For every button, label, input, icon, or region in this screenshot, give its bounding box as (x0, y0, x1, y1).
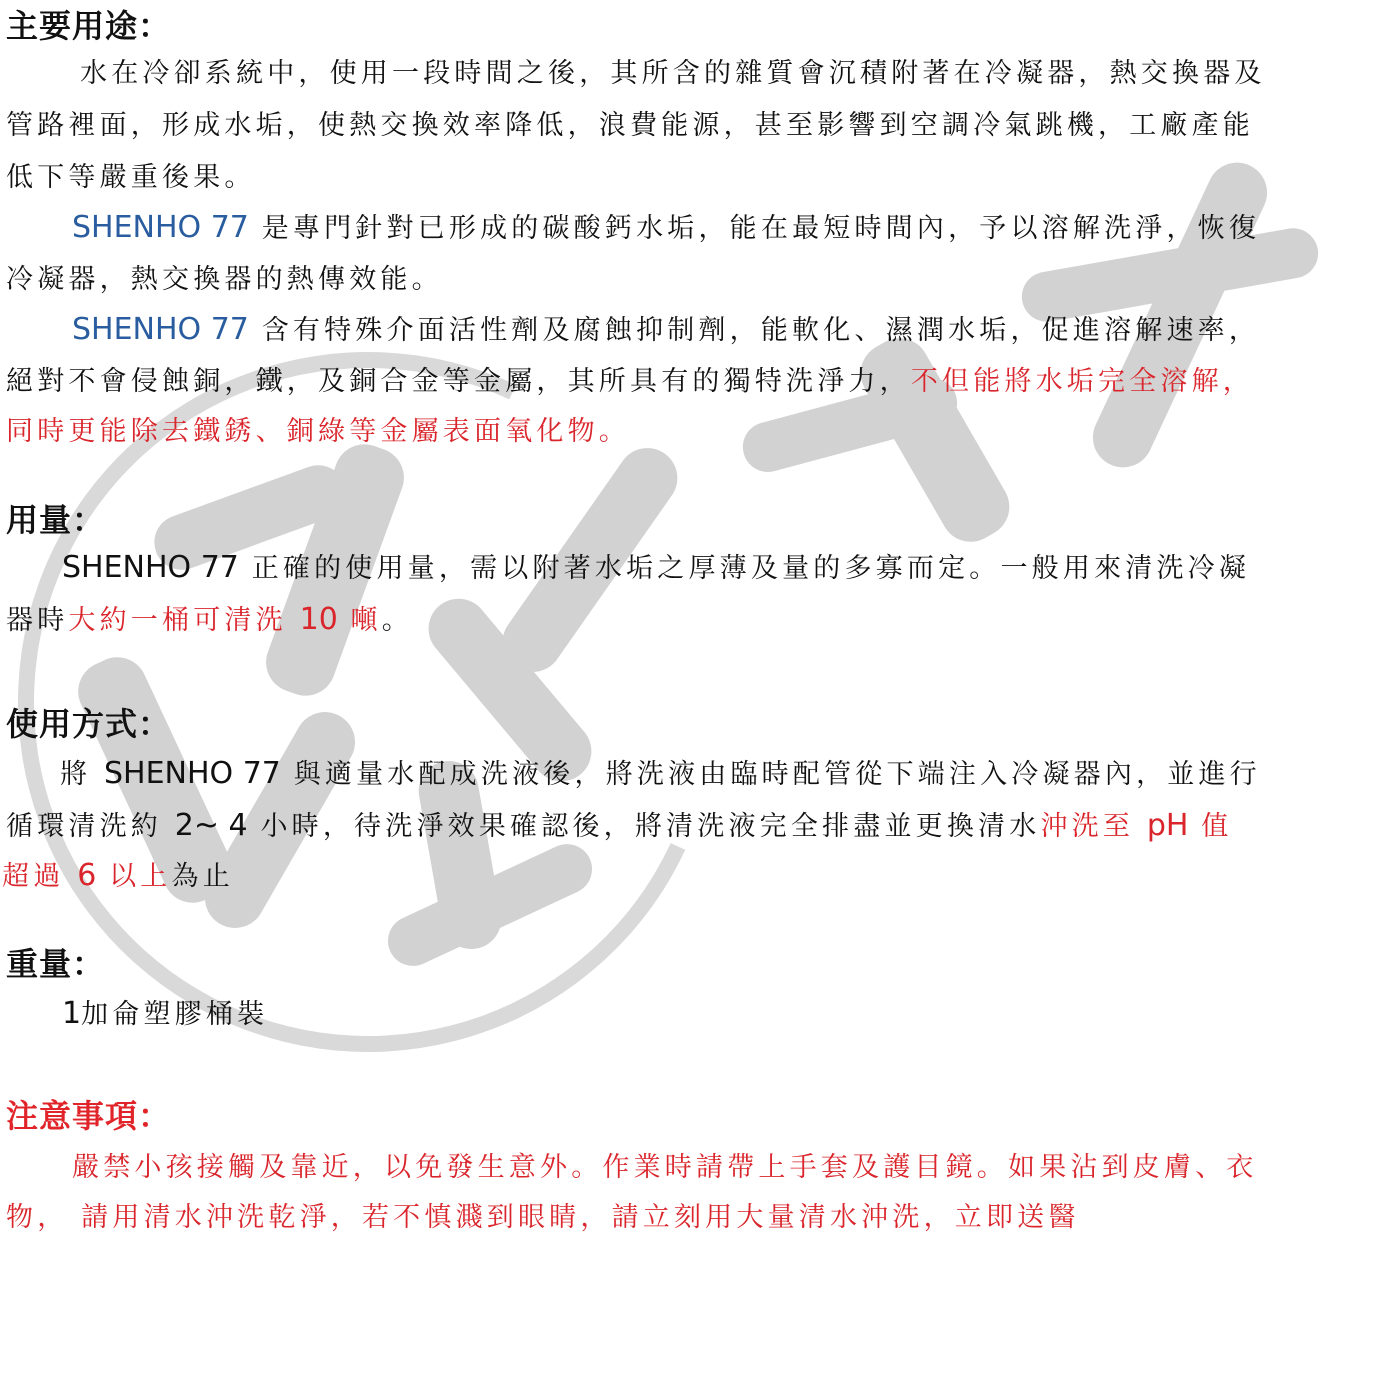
usage-hours: 2~ 4 (175, 808, 248, 843)
purpose-p1-line3: 低下等嚴重後果。 (6, 160, 256, 196)
purpose-p2-text: 是專門針對已形成的碳酸鈣水垢，能在最短時間內，予以溶解洗淨，恢復 (262, 213, 1260, 244)
purpose-p2-line2: 冷凝器，熱交換器的熱傳效能。 (6, 262, 443, 298)
weight-line: 1加侖塑膠桶裝 (62, 996, 268, 1033)
caution-heading: 注意事項： (6, 1096, 171, 1136)
purpose-p3-line2: 絕對不會侵蝕銅，鐵，及銅合金等金屬，其所具有的獨特洗淨力，不但能將水垢完全溶解， (6, 364, 1254, 400)
weight-text: 加侖塑膠桶裝 (81, 999, 268, 1030)
purpose-p3-text: 含有特殊介面活性劑及腐蝕抑制劑，能軟化、濕潤水垢，促進溶解速率， (262, 315, 1260, 346)
brand-name: SHENHO 77 (72, 312, 249, 347)
purpose-p1-line1: 水在冷卻系統中，使用一段時間之後，其所含的雜質會沉積附著在冷凝器，熱交換器及 (80, 56, 1266, 92)
purpose-p3-highlight: 不但能將水垢完全溶解， (911, 366, 1254, 397)
usage-text-b: 小時，待洗淨效果確認後，將清洗液完全排盡並更換清水 (260, 811, 1040, 842)
dosage-line2: 器時大約一桶可清洗 10 噸。 (6, 602, 413, 639)
dosage-text: 正確的使用量，需以附著水垢之厚薄及量的多寡而定。一般用來清洗冷凝 (252, 553, 1250, 584)
dosage-text-black: 器時 (6, 605, 68, 636)
dosage-highlight: 大約一桶可清洗 (68, 605, 286, 636)
usage-text-a: 循環清洗約 (6, 811, 162, 842)
brand-name: SHENHO 77 (72, 210, 249, 245)
usage-value-label: 值 (1201, 811, 1232, 842)
usage-exceed: 超過 (2, 861, 64, 892)
caution-line2: 物， 請用清水沖洗乾淨，若不慎濺到眼睛，請立刻用大量清水沖洗，立即送醫 (6, 1200, 1080, 1236)
purpose-heading: 主要用途： (6, 6, 171, 46)
usage-heading: 使用方式： (6, 704, 171, 744)
watermark-stroke (850, 327, 1021, 553)
weight-amount: 1 (62, 996, 81, 1031)
purpose-p3-text-black: 絕對不會侵蝕銅，鐵，及銅合金等金屬，其所具有的獨特洗淨力， (6, 366, 911, 397)
usage-until: 為止 (172, 861, 234, 892)
weight-heading: 重量： (6, 944, 105, 984)
brand-name: SHENHO 77 (104, 756, 281, 791)
dosage-line1: SHENHO 77 正確的使用量，需以附著水垢之厚薄及量的多寡而定。一般用來清洗… (62, 550, 1250, 587)
caution-line1: 嚴禁小孩接觸及靠近，以免發生意外。作業時請帶上手套及護目鏡。如果沾到皮膚、衣 (72, 1150, 1258, 1186)
usage-line2: 循環清洗約 2~ 4 小時，待洗淨效果確認後，將清洗液完全排盡並更換清水沖洗至 … (6, 808, 1232, 845)
dosage-amount: 10 (300, 602, 338, 637)
dosage-period: 。 (382, 605, 413, 636)
purpose-p2-line1: SHENHO 77 是專門針對已形成的碳酸鈣水垢，能在最短時間內，予以溶解洗淨，… (72, 210, 1260, 247)
usage-text-pre: 將 (60, 759, 91, 790)
brand-name: SHENHO 77 (62, 550, 239, 585)
usage-ph-label: pH (1147, 808, 1189, 843)
usage-line3: 超過 6 以上為止 (2, 858, 234, 895)
dosage-unit: 噸 (351, 605, 382, 636)
dosage-heading: 用量： (6, 500, 105, 540)
usage-ph-value: 6 (77, 858, 96, 893)
usage-line1: 將 SHENHO 77 與適量水配成洗液後，將洗液由臨時配管從下端注入冷凝器內，… (60, 756, 1261, 793)
purpose-p3-line3: 同時更能除去鐵銹、銅綠等金屬表面氧化物。 (6, 414, 630, 450)
usage-above: 以上 (109, 861, 171, 892)
usage-highlight: 沖洗至 (1040, 811, 1134, 842)
watermark-stroke (380, 836, 601, 974)
purpose-p1-line2: 管路裡面，形成水垢，使熱交換效率降低，浪費能源，甚至影響到空調冷氣跳機，工廠產能 (6, 108, 1254, 144)
usage-text: 與適量水配成洗液後，將洗液由臨時配管從下端注入冷凝器內，並進行 (294, 759, 1261, 790)
purpose-p3-line1: SHENHO 77 含有特殊介面活性劑及腐蝕抑制劑，能軟化、濕潤水垢，促進溶解速… (72, 312, 1260, 349)
